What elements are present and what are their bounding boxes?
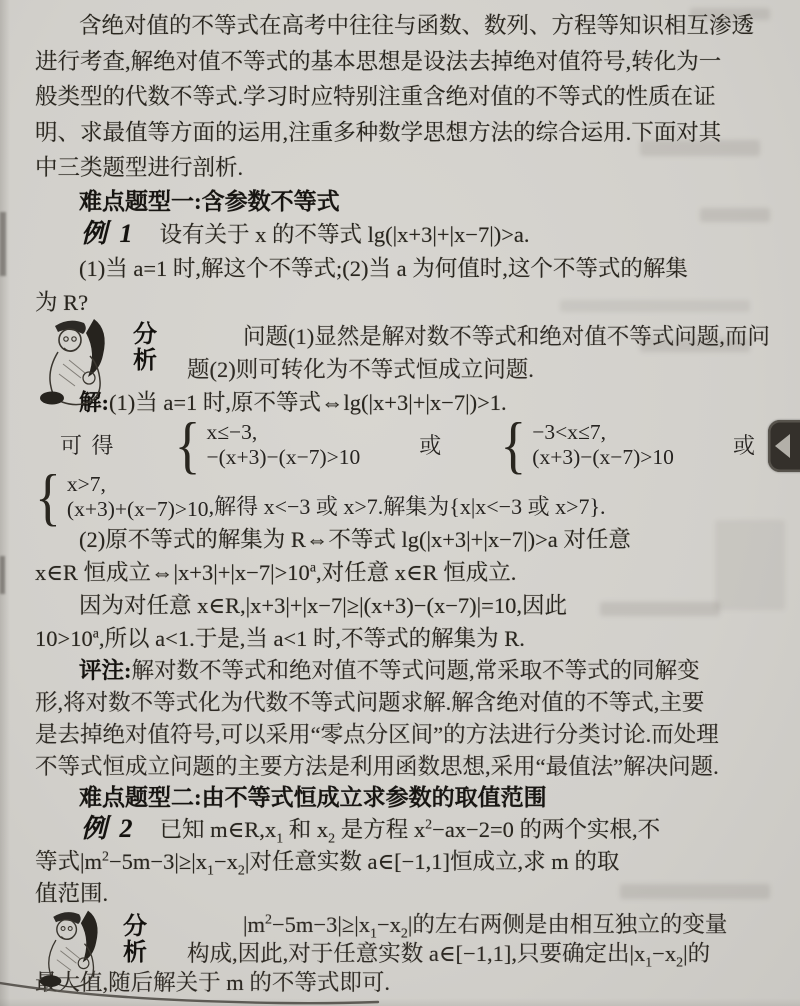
- remark-text: 解对数不等式和绝对值不等式问题,常采取不等式的同解变: [132, 658, 700, 683]
- example2-statement: 等式|m2−5m−3|≥|x1−x2|对任意实数 a∈[−1,1]恒成立,求 m…: [35, 846, 775, 878]
- solution-step: 因为对任意 x∈R,|x+3|+|x−7|≥|(x+3)−(x−7)|=10,因…: [35, 589, 775, 622]
- analysis-caption: 分 析: [123, 914, 147, 966]
- intro-paragraph-line: 中三类题型进行剖析.: [35, 150, 775, 186]
- solution-step: x∈R 恒成立⇔|x+3|+|x−7|>10a,对任意 x∈R 恒成立.: [35, 556, 775, 589]
- equation-system-row-1: 可 得 { x≤−3, −(x+3)−(x−7)>10 或 { −3<x≤7, …: [35, 419, 775, 471]
- equation-system-1: { x≤−3, −(x+3)−(x−7)>10: [175, 419, 361, 471]
- page-edge-tab: [768, 420, 800, 472]
- example1-statement: 为 R?: [35, 286, 775, 320]
- analysis2-text: 构成,因此,对于任意实数 a∈[−1,1],只要确定出|x1−x2|的: [187, 939, 775, 968]
- scholar-sketch-icon: [39, 316, 131, 408]
- system-line: (x+3)+(x−7)>10: [67, 497, 209, 522]
- analysis-caption: 分 析: [133, 322, 157, 374]
- scholar-sketch-icon: [39, 908, 121, 990]
- analysis-block-2: 分 析 |m2−5m−3|≥|x1−x2|的左右两侧是由相互独立的变量 构成,因…: [35, 910, 775, 968]
- equation-system-row-2: { x>7, (x+3)+(x−7)>10 ,解得 x<−3 或 x>7.解集为…: [35, 471, 775, 523]
- analysis-block-1: 分 析 问题(1)显然是解对数不等式和绝对值不等式问题,而问 题(2)则可转化为…: [35, 320, 775, 386]
- section-heading-2: 难点题型二:由不等式恒成立求参数的取值范围: [35, 783, 775, 813]
- system-line: (x+3)−(x−7)>10: [532, 445, 674, 470]
- system-line: x≤−3,: [206, 420, 360, 445]
- analyst-figure: 分 析: [39, 908, 147, 990]
- remark-paragraph-line: 是去掉绝对值符号,可以采用“零点分区间”的方法进行分类讨论.而处理: [35, 719, 775, 751]
- remark-label: 评注:: [79, 658, 132, 683]
- example2-statement: 值范围.: [35, 878, 775, 910]
- system-brace: {: [500, 414, 526, 475]
- solution-step: 10>10a,所以 a<1.于是,当 a<1 时,不等式的解集为 R.: [35, 622, 775, 655]
- example1-statement: (1)当 a=1 时,解这个不等式;(2)当 a 为何值时,这个不等式的解集: [35, 252, 775, 286]
- intro-paragraph-line: 进行考查,解绝对值不等式的基本思想是设法去掉绝对值符号,转化为一: [35, 44, 775, 80]
- analysis-caption-char: 分: [123, 914, 147, 940]
- analyst-figure: 分 析: [39, 316, 157, 408]
- example1-text: 设有关于 x 的不等式 lg(|x+3|+|x−7|)>a.: [160, 222, 530, 247]
- or-connector: 或: [419, 429, 441, 460]
- solution-step-text: (1)当 a=1 时,原不等式⇔lg(|x+3|+|x−7|)>1.: [109, 390, 507, 415]
- analysis1-text: 问题(1)显然是解对数不等式和绝对值不等式问题,而问: [187, 320, 775, 353]
- analysis-caption-char: 分: [133, 322, 157, 348]
- remark-paragraph-line: 形,将对数不等式化为代数不等式问题求解.解含绝对值的不等式,主要: [35, 687, 775, 719]
- example2-text: 已知 m∈R,x1 和 x2 是方程 x2−ax−2=0 的两个实根,不: [160, 817, 661, 842]
- intro-paragraph-line: 明、求最值等方面的运用,注重多种数学思想方法的综合运用.下面对其: [35, 115, 775, 151]
- analysis1-text: 题(2)则可转化为不等式恒成立问题.: [187, 353, 775, 386]
- remark-paragraph-line: 不等式恒成立问题的主要方法是利用函数思想,采用“最值法”解决问题.: [35, 751, 775, 783]
- section-heading-1: 难点题型一:含参数不等式: [35, 186, 775, 217]
- analysis2-text: |m2−5m−3|≥|x1−x2|的左右两侧是由相互独立的变量: [187, 910, 775, 939]
- remark-paragraph-line: 评注:解对数不等式和绝对值不等式问题,常采取不等式的同解变: [35, 655, 775, 687]
- analysis-caption-char: 析: [133, 348, 157, 374]
- left-arrow-icon: [775, 434, 790, 458]
- example2-label: 例 2: [81, 813, 136, 845]
- system-brace: {: [175, 414, 201, 475]
- analysis-caption-char: 析: [123, 940, 147, 966]
- example2-statement: 例 2已知 m∈R,x1 和 x2 是方程 x2−ax−2=0 的两个实根,不: [35, 813, 775, 846]
- solution-step: (2)原不等式的解集为 R⇔不等式 lg(|x+3|+|x−7|)>a 对任意: [35, 523, 775, 556]
- system-brace: {: [35, 466, 61, 527]
- or-connector: 或: [733, 429, 755, 460]
- page-content: 含绝对值的不等式在高考中往往与函数、数列、方程等知识相互渗透 进行考查,解绝对值…: [0, 0, 800, 997]
- solution-conclusion: ,解得 x<−3 或 x>7.解集为{x|x<−3 或 x>7}.: [209, 490, 606, 523]
- textbook-page: 含绝对值的不等式在高考中往往与函数、数列、方程等知识相互渗透 进行考查,解绝对值…: [0, 0, 800, 1006]
- system-line: −3<x≤7,: [532, 420, 674, 445]
- example1-statement: 例 1设有关于 x 的不等式 lg(|x+3|+|x−7|)>a.: [35, 217, 775, 252]
- intro-paragraph-line: 含绝对值的不等式在高考中往往与函数、数列、方程等知识相互渗透: [35, 8, 775, 44]
- intro-paragraph-line: 般类型的代数不等式.学习时应特别注重含绝对值的不等式的性质在证: [35, 79, 775, 115]
- system-line: −(x+3)−(x−7)>10: [206, 445, 360, 470]
- example1-label: 例 1: [81, 217, 136, 251]
- system-lead-text: 可 得: [60, 429, 116, 460]
- equation-system-2: { −3<x≤7, (x+3)−(x−7)>10: [500, 419, 674, 471]
